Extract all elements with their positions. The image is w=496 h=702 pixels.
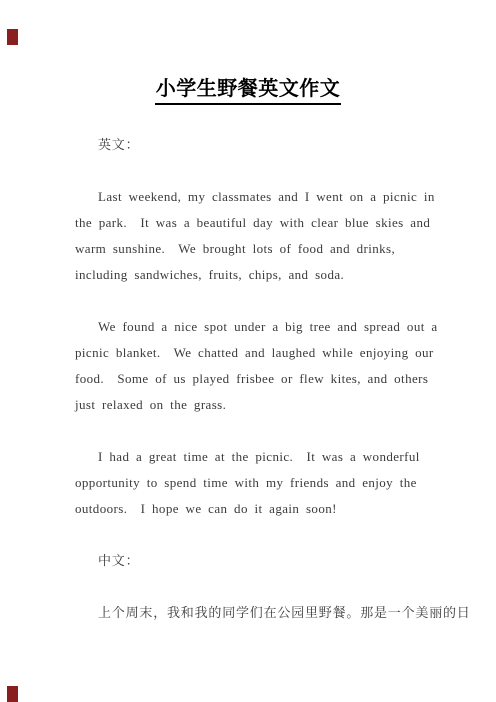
chinese-section-label: 中文： [75,548,457,574]
english-paragraph: I had a great time at the picnic. It was… [75,444,457,522]
essay-line: picnic blanket. We chatted and laughed w… [75,340,457,366]
chinese-section-label-block: 中文： [75,548,457,574]
document-page: 小学生野餐英文作文 英文： Last weekend, my classmate… [0,0,496,702]
essay-line: 上个周末，我和我的同学们在公园里野餐。那是一个美丽的日 [75,600,457,626]
essay-line: opportunity to spend time with my friend… [75,470,457,496]
essay-line: outdoors. I hope we can do it again soon… [75,496,457,522]
essay-line: food. Some of us played frisbee or flew … [75,366,457,392]
page-corner-mark-bottom [7,686,18,702]
essay-title: 小学生野餐英文作文 [155,76,342,105]
english-paragraph: We found a nice spot under a big tree an… [75,314,457,418]
essay-body: 英文： Last weekend, my classmates and I we… [75,132,457,652]
essay-line: just relaxed on the grass. [75,392,457,418]
essay-line: warm sunshine. We brought lots of food a… [75,236,457,262]
essay-line: We found a nice spot under a big tree an… [75,314,457,340]
essay-line: I had a great time at the picnic. It was… [75,444,457,470]
english-paragraph: Last weekend, my classmates and I went o… [75,184,457,288]
essay-line: including sandwiches, fruits, chips, and… [75,262,457,288]
chinese-paragraph: 上个周末，我和我的同学们在公园里野餐。那是一个美丽的日 [75,600,457,626]
page-corner-mark-top [7,29,18,45]
essay-line: Last weekend, my classmates and I went o… [75,184,457,210]
english-section-label: 英文： [75,132,457,158]
title-row: 小学生野餐英文作文 [0,76,496,105]
english-section-label-block: 英文： [75,132,457,158]
essay-line: the park. It was a beautiful day with cl… [75,210,457,236]
